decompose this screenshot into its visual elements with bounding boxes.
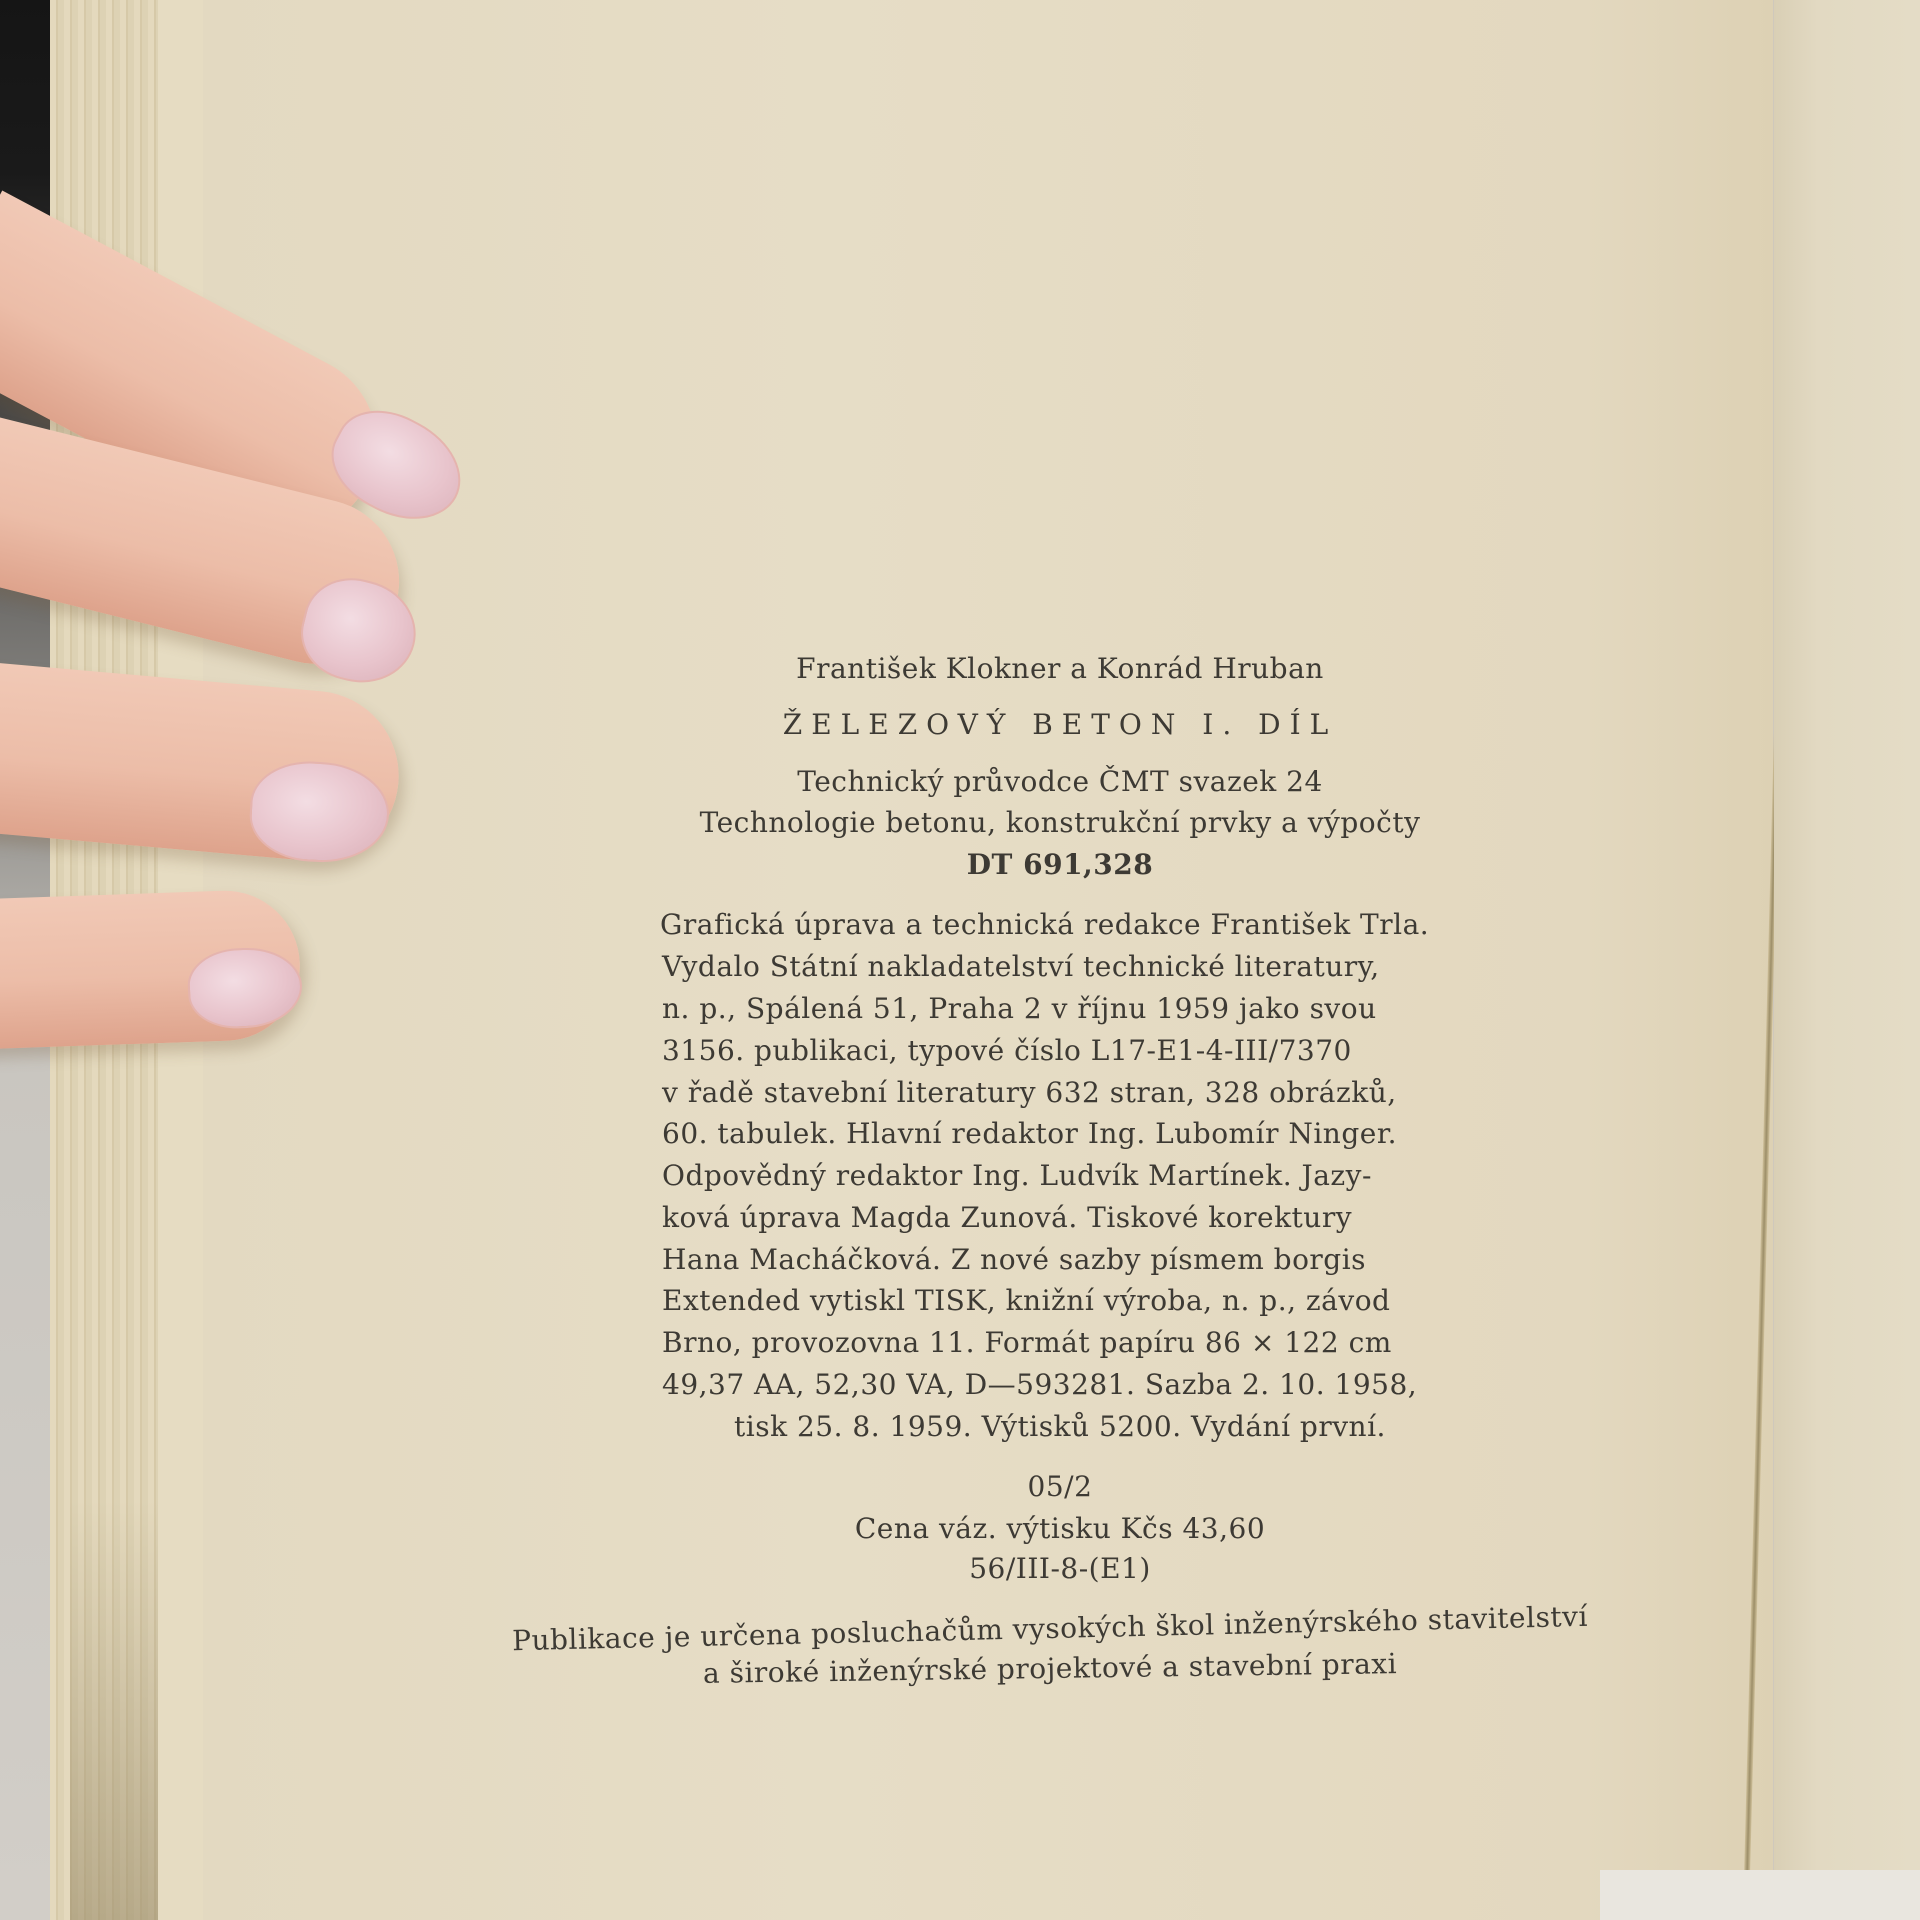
imprint-line: Hana Macháčková. Z nové sazby písmem bor… bbox=[662, 1243, 1366, 1276]
book-title: ŽELEZOVÝ BETON I. DÍL bbox=[640, 708, 1480, 741]
page-stack-shadow bbox=[70, 1500, 160, 1920]
series-line: Technický průvodce ČMT svazek 24 bbox=[640, 765, 1480, 798]
code-05-2: 05/2 bbox=[640, 1470, 1480, 1503]
dt-code: DT 691,328 bbox=[640, 848, 1480, 881]
imprint-line: Grafická úprava a technická redakce Fran… bbox=[660, 908, 1429, 941]
imprint-line: ková úprava Magda Zunová. Tiskové korekt… bbox=[662, 1201, 1352, 1234]
background-surface bbox=[1600, 1870, 1920, 1920]
imprint-line: Extended vytiskl TISK, knižní výroba, n.… bbox=[662, 1284, 1390, 1317]
authors: František Klokner a Konrád Hruban bbox=[640, 652, 1480, 685]
imprint-line: Odpovědný redaktor Ing. Ludvík Martínek.… bbox=[662, 1159, 1372, 1192]
facing-page bbox=[1774, 0, 1920, 1920]
imprint-line: 49,37 AA, 52,30 VA, D—593281. Sazba 2. 1… bbox=[662, 1368, 1417, 1401]
code-56-III: 56/III-8-(E1) bbox=[640, 1552, 1480, 1585]
imprint-line: Vydalo Státní nakladatelství technické l… bbox=[662, 950, 1380, 983]
imprint-line: Brno, provozovna 11. Formát papíru 86 × … bbox=[662, 1326, 1392, 1359]
imprint-line: 60. tabulek. Hlavní redaktor Ing. Lubomí… bbox=[662, 1117, 1397, 1150]
price-line: Cena váz. výtisku Kčs 43,60 bbox=[640, 1512, 1480, 1545]
subtitle-line: Technologie betonu, konstrukční prvky a … bbox=[640, 806, 1480, 839]
imprint-line: v řadě stavební literatury 632 stran, 32… bbox=[662, 1076, 1397, 1109]
imprint-line: n. p., Spálená 51, Praha 2 v říjnu 1959 … bbox=[662, 992, 1377, 1025]
imprint-line: 3156. publikaci, typové číslo L17-E1-4-I… bbox=[662, 1034, 1352, 1067]
hand bbox=[0, 0, 480, 1100]
imprint-line: tisk 25. 8. 1959. Výtisků 5200. Vydání p… bbox=[640, 1410, 1480, 1443]
